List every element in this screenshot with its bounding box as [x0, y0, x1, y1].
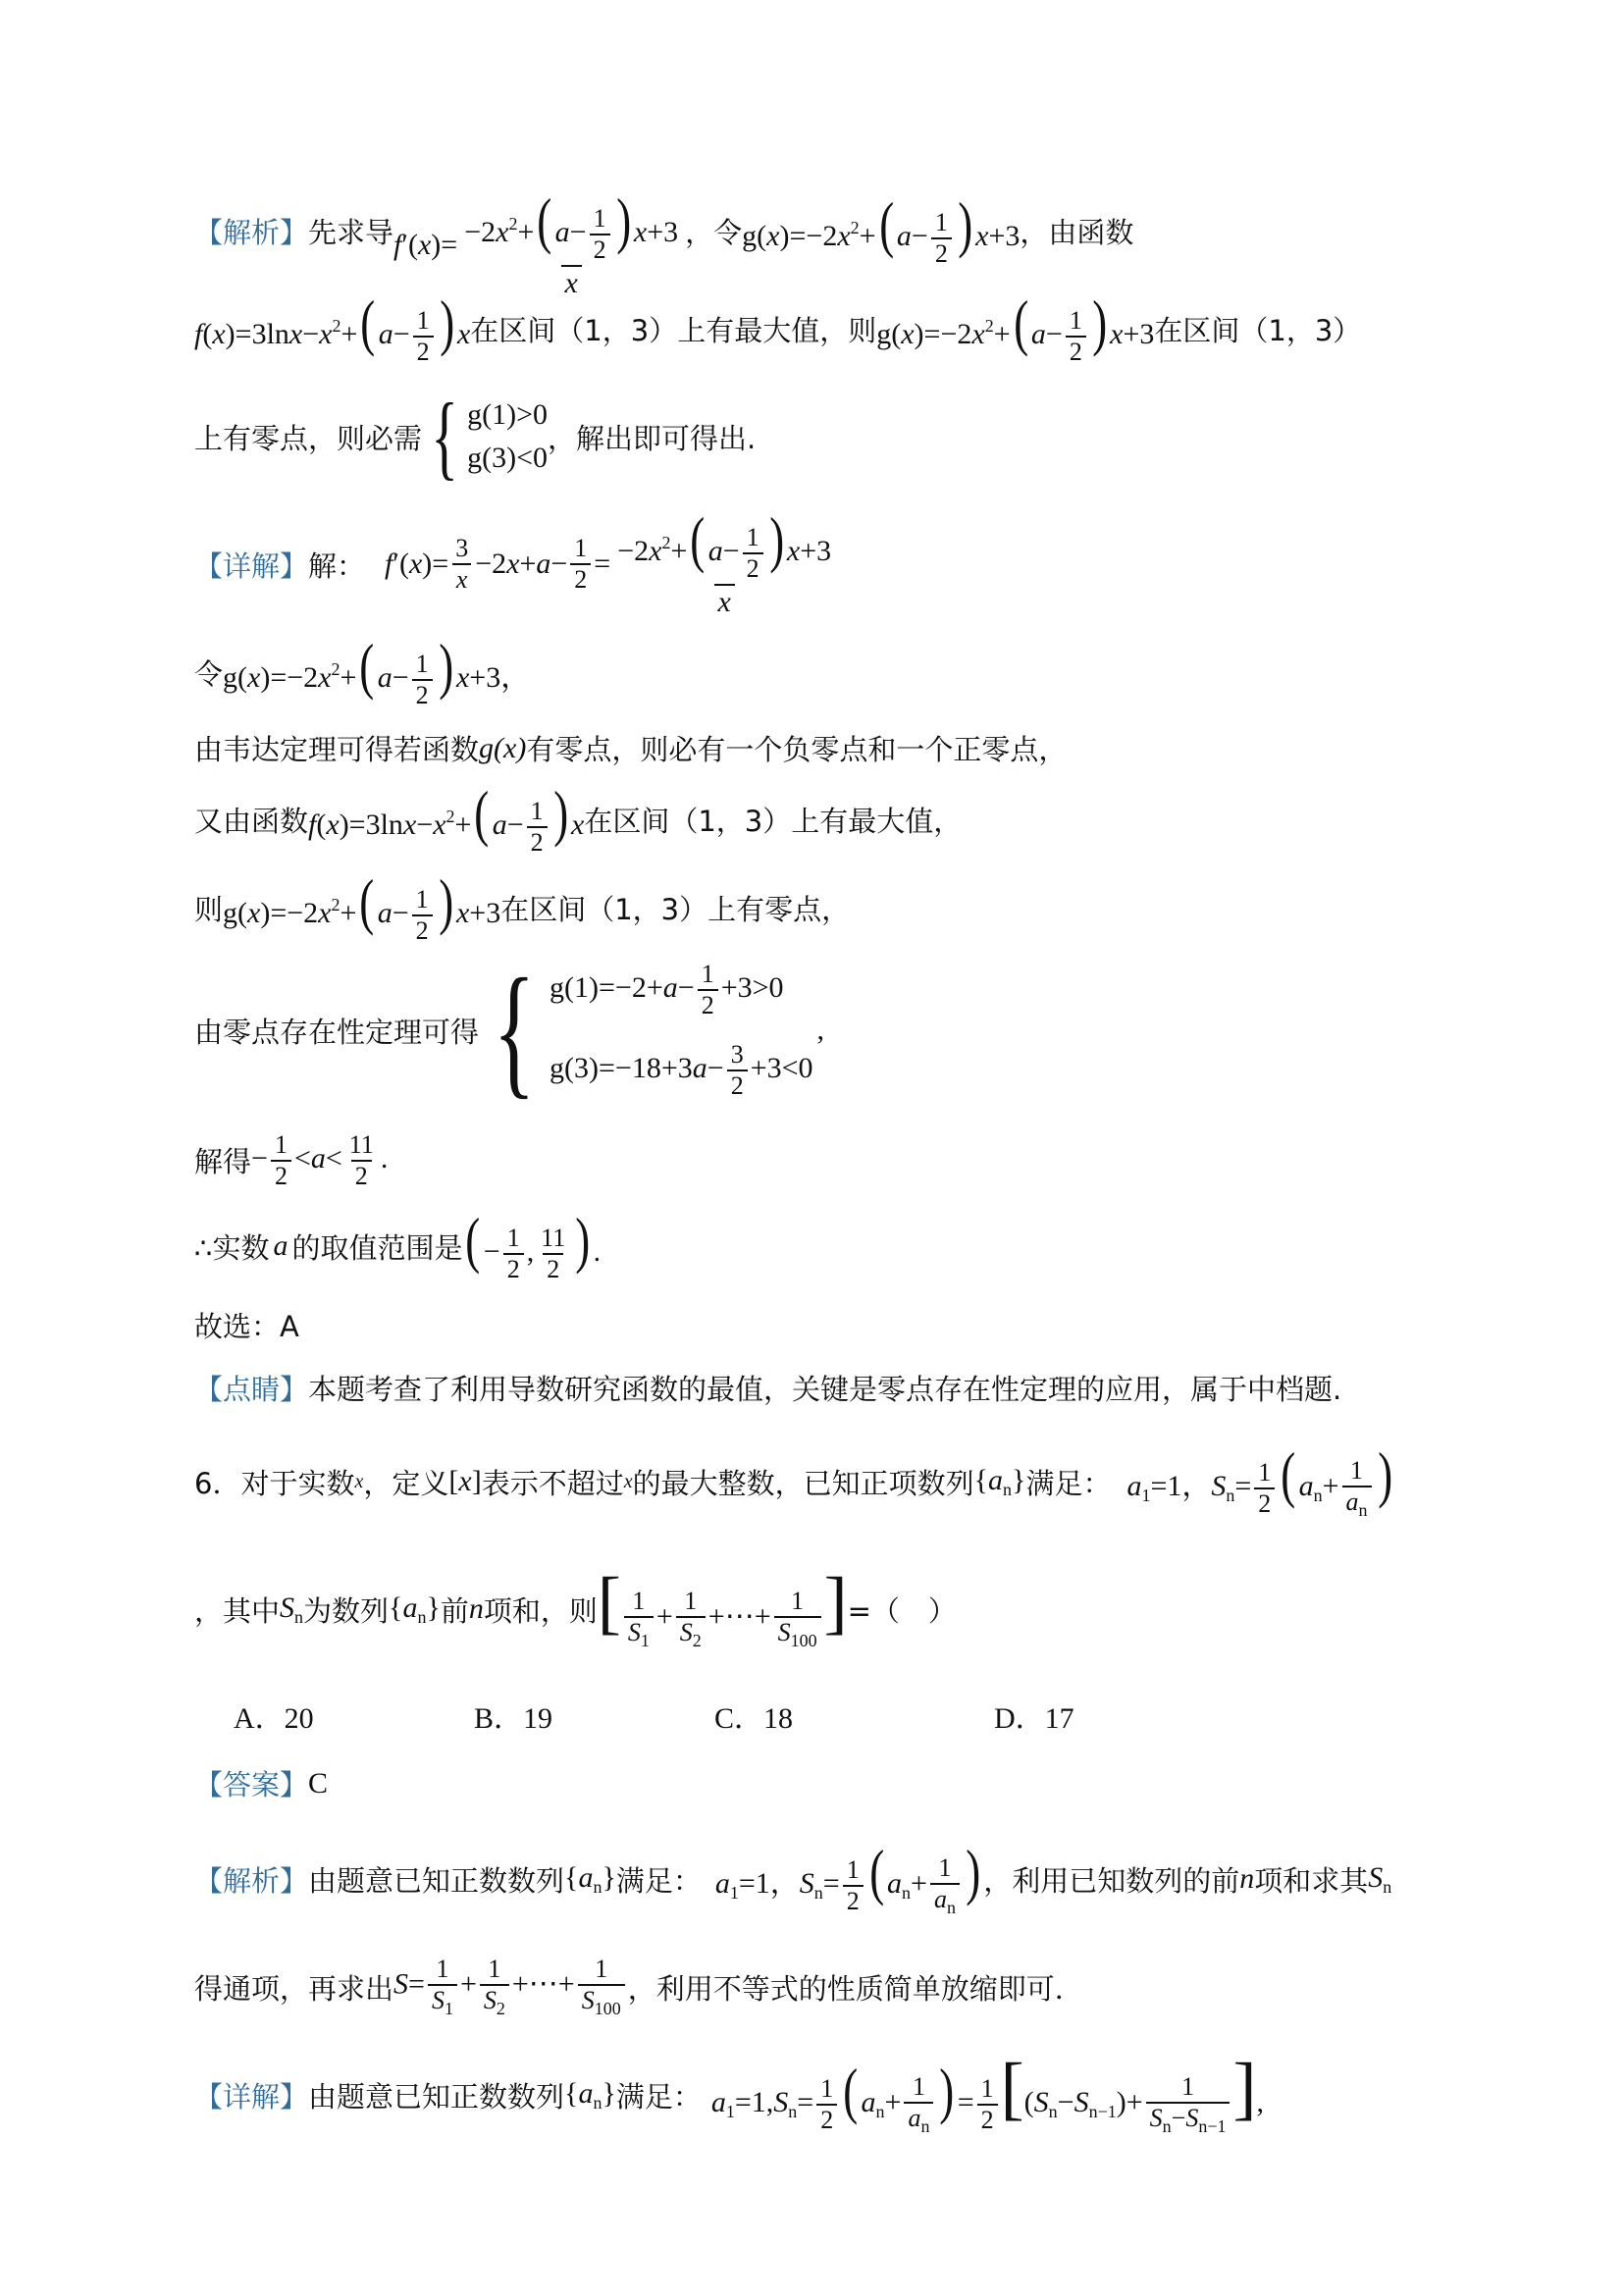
q5-analysis-line1: 【解析】 先求导 f′(x)= −2x2+(a−12)x+3x ，令 g(x)=… — [194, 157, 1133, 304]
analysis-label: 【解析】 — [194, 1859, 308, 1900]
text: ，利用已知数列的前 — [983, 1859, 1239, 1900]
text: 有零点，则必有一个负零点和一个正零点， — [526, 728, 1067, 768]
q5-detail-line1: 【详解】 解： f′(x)=3x−2x+a−12=−2x2+(a−12)x+3x — [194, 510, 838, 618]
text: ，定义 — [363, 1462, 448, 1502]
q5-comment: 【点睛】 本题考查了利用导数研究函数的最值，关键是零点存在性定理的应用，属于中档… — [194, 1366, 1341, 1410]
q6-detail-line1: 【详解】 由题意已知正数数列 {an} 满足： a1=1,Sn=12(an+1a… — [194, 2051, 1264, 2139]
text: 解得 — [194, 1140, 251, 1180]
q6-answer: 【答案】 C — [194, 1761, 328, 1805]
comment-label: 【点睛】 — [194, 1368, 308, 1408]
q6-stem-line2: ，其中 Sn 为数列 {an} 前 n 项和，则 [1S1+1S2+⋯+1S10… — [194, 1560, 957, 1658]
text: 由题意已知正数数列 — [308, 2075, 564, 2115]
g-symbol: g(x) — [479, 732, 526, 765]
text: ，解出即可得出. — [548, 417, 756, 457]
inequality-result: −12<a<112. — [251, 1130, 388, 1191]
text: 故选：A — [194, 1305, 299, 1345]
detail-label: 【详解】 — [194, 2075, 308, 2115]
q5-detail-line5: 则 g(x)=−2x2+(a−12)x+3 在区间（1，3）上有零点， — [194, 868, 850, 947]
recurrence-formula: a1=1,Sn=12(an+1an)=12[(Sn−Sn−1)+1Sn−Sn−1… — [711, 2053, 1264, 2137]
text: 的取值范围是 — [291, 1226, 462, 1267]
text: 满足： — [616, 2075, 702, 2115]
g-formula: g(x)=−2x2+(a−12)x+3， — [223, 635, 530, 710]
q6-analysis-line1: 【解析】 由题意已知正数数列 {an} 满足： a1=1，Sn=12(an+1a… — [194, 1835, 1391, 1923]
sum-expression: S=1S1+1S2+⋯+1S100 — [393, 1955, 628, 2019]
text: 解： — [308, 545, 365, 585]
floor-sum-expression: [1S1+1S2+⋯+1S100] — [598, 1567, 848, 1651]
detail-label: 【详解】 — [194, 545, 308, 585]
q5-detail-line7: 解得 −12<a<112. — [194, 1123, 388, 1197]
q5-analysis-line3: 上有零点，则必需 { g(1)>0g(3)<0 ，解出即可得出. — [194, 392, 756, 481]
option-d[interactable]: D．17 — [994, 1694, 1234, 1737]
text: 表示不超过 — [482, 1462, 624, 1502]
text: 满足： — [616, 1859, 702, 1900]
sequence-condition: a1=1，Sn=12(an+1an) — [1126, 1443, 1394, 1521]
text: 项和求其 — [1254, 1859, 1368, 1900]
option-b[interactable]: B．19 — [474, 1694, 714, 1737]
text: 对于实数 — [240, 1462, 354, 1502]
condition-system: g(1)>0g(3)<0 — [467, 398, 548, 475]
range-result: (−12,112). — [462, 1209, 601, 1284]
zero-theorem-system: g(1)=−2+a−12+3>0 g(3)=−18+3a−32+3<0 — [550, 960, 813, 1101]
text: 满足： — [1025, 1462, 1111, 1502]
q5-detail-line9: 故选：A — [194, 1303, 299, 1347]
text: 上有零点，则必需 — [194, 417, 422, 457]
q6-options: A．20 B．19 C．18 D．17 — [234, 1693, 1234, 1737]
f-formula: f(x)=3lnx−x2+(a−12)x — [194, 291, 470, 367]
f-formula: f(x)=3lnx−x2+(a−12)x — [308, 782, 584, 858]
g-formula: g(x)=−2x2+(a−12)x+3 — [876, 291, 1154, 367]
text: 由韦达定理可得若函数 — [194, 728, 479, 768]
text: ，利用不等式的性质简单放缩即可． — [628, 1967, 1083, 2008]
q5-detail-line6: 由零点存在性定理可得 { g(1)=−2+a−12+3>0 g(3)=−18+3… — [194, 957, 824, 1104]
text: 由零点存在性定理可得 — [194, 1011, 479, 1051]
text: 又由函数 — [194, 800, 308, 840]
question-number: 6． — [194, 1462, 240, 1502]
answer-value: C — [308, 1767, 328, 1800]
g-formula: g(x)=−2x2+(a−12)x+3 — [223, 870, 500, 946]
option-a[interactable]: A．20 — [234, 1694, 474, 1737]
text: ，由函数 — [1020, 211, 1133, 251]
q5-analysis-line2: f(x)=3lnx−x2+(a−12)x 在区间（1，3）上有最大值，则 g(x… — [194, 289, 1361, 368]
g-formula: g(x)=−2x2+(a−12)x+3 — [742, 193, 1020, 269]
text: 在区间（1，3）上有零点， — [500, 888, 850, 928]
q6-stem-line1: 6． 对于实数 x ，定义 [x] 表示不超过 x 的最大整数，已知正项数列 {… — [194, 1437, 1395, 1526]
a-symbol: a — [273, 1229, 288, 1263]
text: ，其中 — [194, 1590, 280, 1630]
text: 令 — [194, 652, 223, 693]
derivative-formula: f′(x)= −2x2+(a−12)x+3x — [393, 189, 685, 301]
text: ∴实数 — [194, 1226, 269, 1267]
text: 在区间（1，3） — [1154, 309, 1361, 349]
text: 前 — [441, 1590, 469, 1630]
q5-detail-line3: 由韦达定理可得若函数 g(x) 有零点，则必有一个负零点和一个正零点， — [194, 726, 1067, 770]
text: 本题考查了利用导数研究函数的最值，关键是零点存在性定理的应用，属于中档题. — [308, 1368, 1341, 1408]
text: 在区间（1，3）上有最大值， — [584, 800, 962, 840]
q5-detail-line4: 又由函数 f(x)=3lnx−x2+(a−12)x 在区间（1，3）上有最大值， — [194, 780, 962, 859]
text: 在区间（1，3）上有最大值，则 — [470, 309, 876, 349]
text: 先求导 — [308, 211, 393, 251]
q6-analysis-line2: 得通项，再求出 S=1S1+1S2+⋯+1S100 ，利用不等式的性质简单放缩即… — [194, 1943, 1083, 2031]
text: =（ ） — [848, 1590, 957, 1630]
analysis-label: 【解析】 — [194, 211, 308, 251]
derivative-formula: f′(x)=3x−2x+a−12=−2x2+(a−12)x+3x — [385, 508, 838, 620]
q5-detail-line8: ∴实数 a 的取值范围是 (−12,112). — [194, 1207, 601, 1285]
text: 则 — [194, 888, 223, 928]
text: 为数列 — [303, 1590, 389, 1630]
text: 由题意已知正数数列 — [308, 1859, 564, 1900]
answer-label: 【答案】 — [194, 1763, 308, 1803]
text: 项和，则 — [484, 1590, 598, 1630]
q5-detail-line2: 令 g(x)=−2x2+(a−12)x+3， — [194, 633, 530, 711]
option-c[interactable]: C．18 — [714, 1694, 994, 1737]
text: 得通项，再求出 — [194, 1967, 393, 2008]
text: 的最大整数，已知正项数列 — [633, 1462, 974, 1502]
text: ，令 — [685, 211, 742, 251]
